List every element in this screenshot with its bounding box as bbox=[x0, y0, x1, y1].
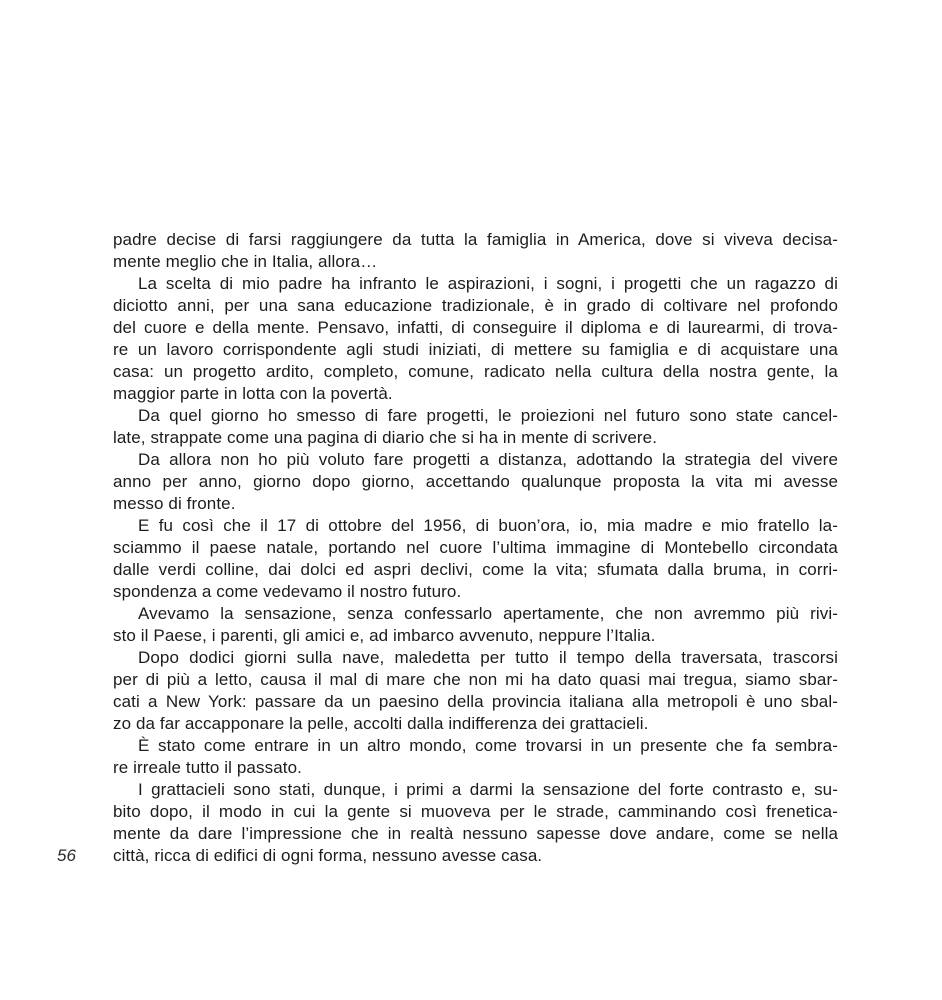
book-page: 56 padre decise di farsi raggiungere da … bbox=[0, 0, 942, 1000]
page-number: 56 bbox=[57, 845, 99, 867]
text-line: sciammo il paese natale, portando nel cu… bbox=[113, 537, 838, 559]
text-line: diciotto anni, per una sana educazione t… bbox=[113, 295, 838, 317]
text-line: mente da dare l’impressione che in realt… bbox=[113, 823, 838, 845]
text-line: Da allora non ho più voluto fare progett… bbox=[113, 449, 838, 471]
text-line: Dopo dodici giorni sulla nave, maledetta… bbox=[113, 647, 838, 669]
text-line: re un lavoro corrispondente agli studi i… bbox=[113, 339, 838, 361]
text-line: late, strappate come una pagina di diari… bbox=[113, 427, 838, 449]
text-line: messo di fronte. bbox=[113, 493, 838, 515]
text-line: E fu così che il 17 di ottobre del 1956,… bbox=[113, 515, 838, 537]
text-line: zo da far accapponare la pelle, accolti … bbox=[113, 713, 838, 735]
text-line: re irreale tutto il passato. bbox=[113, 757, 838, 779]
text-line: bito dopo, il modo in cui la gente si mu… bbox=[113, 801, 838, 823]
text-line: È stato come entrare in un altro mondo, … bbox=[113, 735, 838, 757]
text-line: maggior parte in lotta con la povertà. bbox=[113, 383, 838, 405]
text-line: padre decise di farsi raggiungere da tut… bbox=[113, 229, 838, 251]
text-block: padre decise di farsi raggiungere da tut… bbox=[113, 229, 838, 867]
text-line: La scelta di mio padre ha infranto le as… bbox=[113, 273, 838, 295]
text-line: cati a New York: passare da un paesino d… bbox=[113, 691, 838, 713]
text-line: del cuore e della mente. Pensavo, infatt… bbox=[113, 317, 838, 339]
text-line: anno per anno, giorno dopo giorno, accet… bbox=[113, 471, 838, 493]
text-line: I grattacieli sono stati, dunque, i prim… bbox=[113, 779, 838, 801]
text-line: Avevamo la sensazione, senza confessarlo… bbox=[113, 603, 838, 625]
text-line: mente meglio che in Italia, allora… bbox=[113, 251, 838, 273]
text-line: casa: un progetto ardito, completo, comu… bbox=[113, 361, 838, 383]
text-line: Da quel giorno ho smesso di fare progett… bbox=[113, 405, 838, 427]
text-line: sto il Paese, i parenti, gli amici e, ad… bbox=[113, 625, 838, 647]
text-line: città, ricca di edifici di ogni forma, n… bbox=[113, 845, 838, 867]
text-line: spondenza a come vedevamo il nostro futu… bbox=[113, 581, 838, 603]
text-line: dalle verdi colline, dai dolci ed aspri … bbox=[113, 559, 838, 581]
text-line: per di più a letto, causa il mal di mare… bbox=[113, 669, 838, 691]
